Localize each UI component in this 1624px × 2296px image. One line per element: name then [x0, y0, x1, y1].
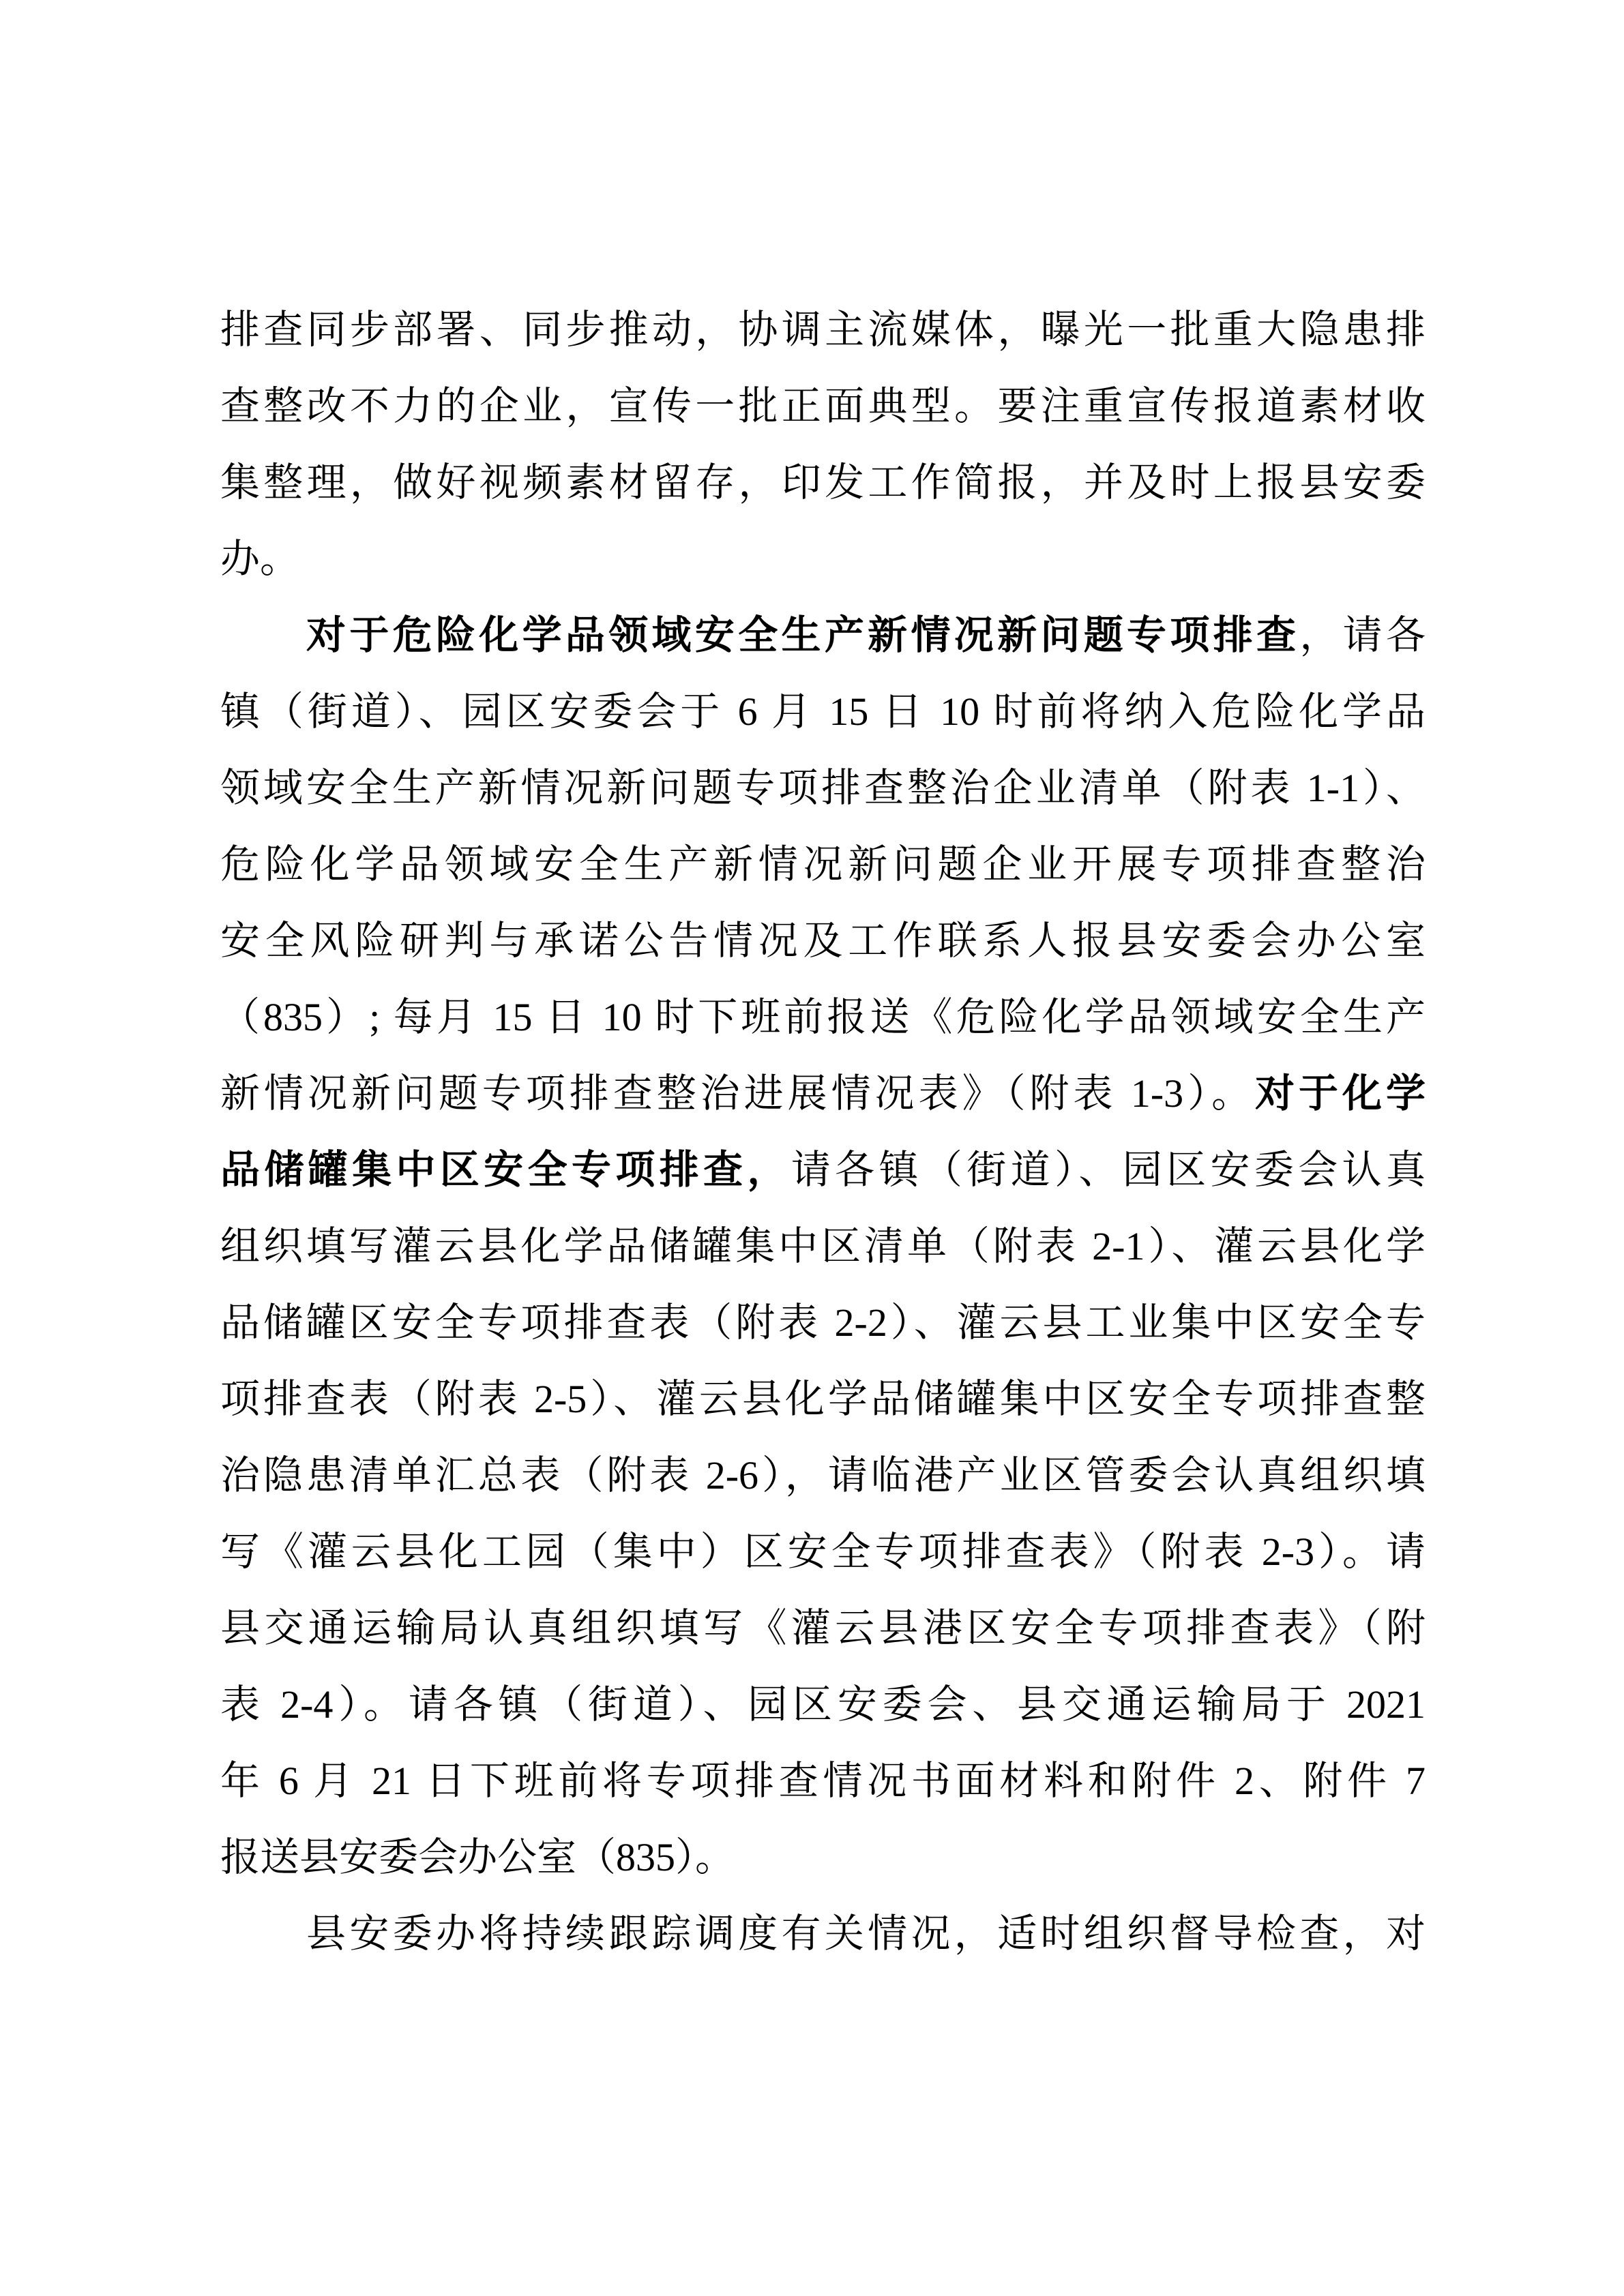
text-line-15: 项排查表（附表 2-5）、灌云县化学品储罐集中区安全专项排查整 [220, 1361, 1426, 1437]
text-segment: 报送县安委会办公室（835）。 [220, 1835, 735, 1879]
text-segment: 危险化学品领域安全生产新情况新问题企业开展专项排查整治 [220, 842, 1426, 886]
text-segment: 写《灌云县化工园（集中）区安全专项排查表》（附表 2-3）。请 [220, 1530, 1426, 1574]
document-page: 排查同步部署、同步推动，协调主流媒体，曝光一批重大隐患排查整改不力的企业，宣传一… [0, 0, 1624, 2296]
text-line-16: 治隐患清单汇总表（附表 2-6），请临港产业区管委会认真组织填 [220, 1437, 1426, 1514]
text-segment: ，请各 [1299, 613, 1426, 657]
text-line-6: 镇（街道）、园区安委会于 6 月 15 日 10 时前将纳入危险化学品 [220, 674, 1426, 750]
text-line-9: 安全风险研判与承诺公告情况及工作联系人报县安委会办公室 [220, 903, 1426, 979]
text-line-10: （835）; 每月 15 日 10 时下班前报送《危险化学品领域安全生产 [220, 979, 1426, 1056]
text-segment: 办。 [220, 537, 299, 581]
text-line-1: 排查同步部署、同步推动，协调主流媒体，曝光一批重大隐患排 [220, 292, 1426, 368]
text-line-18: 县交通运输局认真组织填写《灌云县港区安全专项排查表》（附 [220, 1590, 1426, 1667]
text-segment: 品储罐区安全专项排查表（附表 2-2）、灌云县工业集中区安全专 [220, 1300, 1426, 1345]
text-segment: 查整改不力的企业，宣传一批正面典型。要注重宣传报道素材收 [220, 384, 1426, 428]
text-segment: 请各镇（街道）、园区安委会认真 [791, 1148, 1426, 1192]
text-line-2: 查整改不力的企业，宣传一批正面典型。要注重宣传报道素材收 [220, 368, 1426, 445]
text-line-12: 品储罐集中区安全专项排查，请各镇（街道）、园区安委会认真 [220, 1132, 1426, 1208]
bold-text-segment: 品储罐集中区安全专项排查， [220, 1148, 791, 1192]
text-segment: 组织填写灌云县化学品储罐集中区清单（附表 2-1）、灌云县化学 [220, 1224, 1426, 1268]
text-segment: 安全风险研判与承诺公告情况及工作联系人报县安委会办公室 [220, 919, 1426, 963]
text-line-3: 集整理，做好视频素材留存，印发工作简报，并及时上报县安委 [220, 445, 1426, 521]
text-segment: 县交通运输局认真组织填写《灌云县港区安全专项排查表》（附 [220, 1606, 1426, 1650]
text-segment: 镇（街道）、园区安委会于 6 月 15 日 10 时前将纳入危险化学品 [220, 689, 1426, 734]
text-segment: 新情况新问题专项排查整治进展情况表》（附表 1-3）。 [220, 1071, 1255, 1116]
bold-text-segment: 对于化学 [1255, 1071, 1426, 1116]
text-line-4: 办。 [220, 521, 1426, 597]
text-line-14: 品储罐区安全专项排查表（附表 2-2）、灌云县工业集中区安全专 [220, 1285, 1426, 1361]
text-segment: 领域安全生产新情况新问题专项排查整治企业清单（附表 1-1）、 [220, 766, 1426, 810]
text-segment: 集整理，做好视频素材留存，印发工作简报，并及时上报县安委 [220, 460, 1426, 505]
text-line-8: 危险化学品领域安全生产新情况新问题企业开展专项排查整治 [220, 826, 1426, 903]
text-line-17: 写《灌云县化工园（集中）区安全专项排查表》（附表 2-3）。请 [220, 1514, 1426, 1590]
text-line-11: 新情况新问题专项排查整治进展情况表》（附表 1-3）。对于化学 [220, 1056, 1426, 1132]
text-line-20: 年 6 月 21 日下班前将专项排查情况书面材料和附件 2、附件 7 [220, 1743, 1426, 1819]
text-line-22: 县安委办将持续跟踪调度有关情况，适时组织督导检查，对 [220, 1896, 1426, 1972]
text-segment: 项排查表（附表 2-5）、灌云县化学品储罐集中区安全专项排查整 [220, 1377, 1426, 1421]
text-line-19: 表 2-4）。请各镇（街道）、园区安委会、县交通运输局于 2021 [220, 1667, 1426, 1743]
text-line-5: 对于危险化学品领域安全生产新情况新问题专项排查，请各 [220, 597, 1426, 674]
text-line-7: 领域安全生产新情况新问题专项排查整治企业清单（附表 1-1）、 [220, 750, 1426, 826]
text-segment: 年 6 月 21 日下班前将专项排查情况书面材料和附件 2、附件 7 [220, 1759, 1426, 1803]
text-segment: 排查同步部署、同步推动，协调主流媒体，曝光一批重大隐患排 [220, 308, 1426, 352]
text-segment: （835）; 每月 15 日 10 时下班前报送《危险化学品领域安全生产 [220, 995, 1426, 1039]
text-segment: 表 2-4）。请各镇（街道）、园区安委会、县交通运输局于 2021 [220, 1682, 1426, 1727]
text-line-21: 报送县安委会办公室（835）。 [220, 1819, 1426, 1896]
bold-text-segment: 对于危险化学品领域安全生产新情况新问题专项排查 [306, 613, 1299, 657]
text-segment: 县安委办将持续跟踪调度有关情况，适时组织督导检查，对 [306, 1911, 1426, 1956]
text-block: 排查同步部署、同步推动，协调主流媒体，曝光一批重大隐患排查整改不力的企业，宣传一… [220, 292, 1426, 1972]
text-segment: 治隐患清单汇总表（附表 2-6），请临港产业区管委会认真组织填 [220, 1453, 1426, 1497]
text-line-13: 组织填写灌云县化学品储罐集中区清单（附表 2-1）、灌云县化学 [220, 1208, 1426, 1285]
